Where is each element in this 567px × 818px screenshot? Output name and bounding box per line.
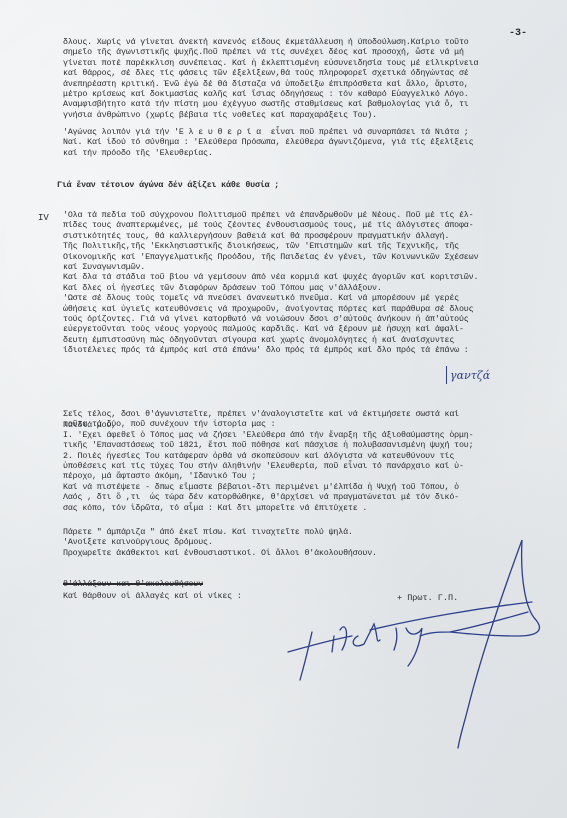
text-line: Τῆς Πολιτικῆς,τῆς 'Εκκλησιαστικῆς διοική… xyxy=(63,242,541,252)
text-line: 2. Ποιές ἡγεσίες Του κατάφεραν ὀρθά νά σ… xyxy=(63,452,541,462)
text-line: Καί δλα τά στάδια τοῦ βίου νά γεμίσουν ά… xyxy=(63,273,541,283)
text-line: 'Αγώνας λοιπόν γιά τήν 'Ε λ ε υ θ ε ρ ί … xyxy=(63,128,541,138)
text-line: άνεπηρέαστη κριτική. Ἐνῶ ἐγώ δέ θά δίστα… xyxy=(63,80,541,90)
text-line: ὑποθέσεις καί τίς τύχες Του στήν άληθινή… xyxy=(63,462,541,472)
text-line: Λαός , δτι ὅ ,τι ὡς τώρα δέν κατορθώθηκε… xyxy=(63,493,541,503)
paragraph-4: Σεῖς τέλος, δσοι θ'άγωνιστεῖτε, πρέπει ν… xyxy=(63,410,541,514)
text-line: δευτη έμπιστοσύνη πώς όδηγοῦνται σίγουρα… xyxy=(63,336,541,346)
text-line: γίνεται ποτέ παρέκκλιση συνέπειας. Καί ἡ… xyxy=(63,59,541,69)
handwritten-signature xyxy=(270,540,567,750)
text-line: Ναί. Καί ἰδού τό σύνθημα : 'Ελεύθερα Πρό… xyxy=(63,138,541,148)
text-line: Οίκονομικῆς καί 'Επαγγελματικῆς Προόδου,… xyxy=(63,253,541,263)
text-line: τούς όρίζοντες. Γιά νά γίνει κατορθωτό ν… xyxy=(63,315,541,325)
text-line: γνήσια ἀνθρώπινο (χωρίς βέβαια τίς νοθεῖ… xyxy=(63,111,541,121)
text-line: ὠθήσεις καί ὑγιεῖς κατευθύνσεις νά προχω… xyxy=(63,305,541,315)
text-line: πέροχο, μά ἄφταστο άκόμη, 'Ιδανικό Του ; xyxy=(63,472,541,482)
text-line: Ι. 'Εχει άφεθεῖ ὁ Τόπος μας νά ζήσει 'Ελ… xyxy=(63,431,541,441)
section-numeral: IV xyxy=(38,213,49,223)
text-line: Πάρετε " άμπάριζα " άπό έκεῖ πίσω. Καί τ… xyxy=(63,528,541,538)
text-line: μέτρο κρίσεως καί δοκιμασίας καλῆς καί ἴ… xyxy=(63,90,541,100)
paragraph-2-outdent: Γιά ἕναν τέτοιον άγώνα δέν άξίζει κάθε θ… xyxy=(63,160,541,212)
text-line: σιστικότητές τους, θά καλλιεργήσουν βαθε… xyxy=(63,232,541,242)
handwritten-margin-note: γαντζά xyxy=(450,369,490,382)
text-line: Καί νά πιστέψετε - δπως εἵμαστε βέβαιοι-… xyxy=(63,483,541,493)
paragraph-3: 'Ολα τά πεδία τοῦ σύγχρονου Πολιτισμοῦ π… xyxy=(63,211,541,357)
text-line: καί Συναγωνισμῶν. xyxy=(63,263,541,273)
text-line: σημεῖο τῆς άγωνιστικῆς ψυχῆς.Ποῦ πρέπει … xyxy=(63,48,541,58)
text-line: 'Ολα τά πεδία τοῦ σύγχρονου Πολιτισμοῦ π… xyxy=(63,211,541,221)
text-line: Καί δλες οἱ ἡγεσίες τῶν διαφόρων δράσεων… xyxy=(63,284,541,294)
text-line: Σεῖς τέλος, δσοι θ'άγωνιστεῖτε, πρέπει ν… xyxy=(63,410,541,420)
text-line: καί θάρρος, σέ δλες τίς φάσεις τῶν έξελί… xyxy=(63,69,541,79)
text-line: τοῦτα τά δύο, ποῦ συνέχουν τήν ἰστορία μ… xyxy=(63,420,541,430)
text-line: δλους. Χωρίς νά γίνεται άνεκτή κανενός ε… xyxy=(63,38,541,48)
text-line: εὐεργετοῦνται τούς νέους γοργούς παλμούς… xyxy=(63,325,541,335)
text-line: καί τήν πρόοδο τῆς 'Ελευθερίας. xyxy=(63,149,541,159)
text-line: τικῆς 'Επαναστάσεως τοῦ 1821, ἕτσι ποῦ π… xyxy=(63,441,541,451)
text-line: σας κόπο, τόν ἱδρῶτα, τό αἷμα : Καί δτι … xyxy=(63,504,541,514)
paragraph-1: δλους. Χωρίς νά γίνεται άνεκτή κανενός ε… xyxy=(63,38,541,121)
rhetorical-question: Γιά ἕναν τέτοιον άγώνα δέν άξίζει κάθε θ… xyxy=(57,181,541,191)
text-line: 'Ωστε σέ δλους τούς τομεῖς νά πνεύσει άν… xyxy=(63,294,541,304)
text-line: ίδιοτέλειες πρός τά έμπρός καί στά έπάνω… xyxy=(63,346,541,356)
paragraph-2: 'Αγώνας λοιπόν γιά τήν 'Ε λ ε υ θ ε ρ ί … xyxy=(63,128,541,159)
text-line: πίδες τους άναπτερωμένες, μέ τούς ζέοντε… xyxy=(63,221,541,231)
text-line: Αναμφισβήτητο κατά τήν πίστη μου έχέγγυο… xyxy=(63,100,541,110)
margin-bracket xyxy=(446,366,447,384)
document-page: -3- δλους. Χωρίς νά γίνεται άνεκτή κανεν… xyxy=(0,0,567,818)
